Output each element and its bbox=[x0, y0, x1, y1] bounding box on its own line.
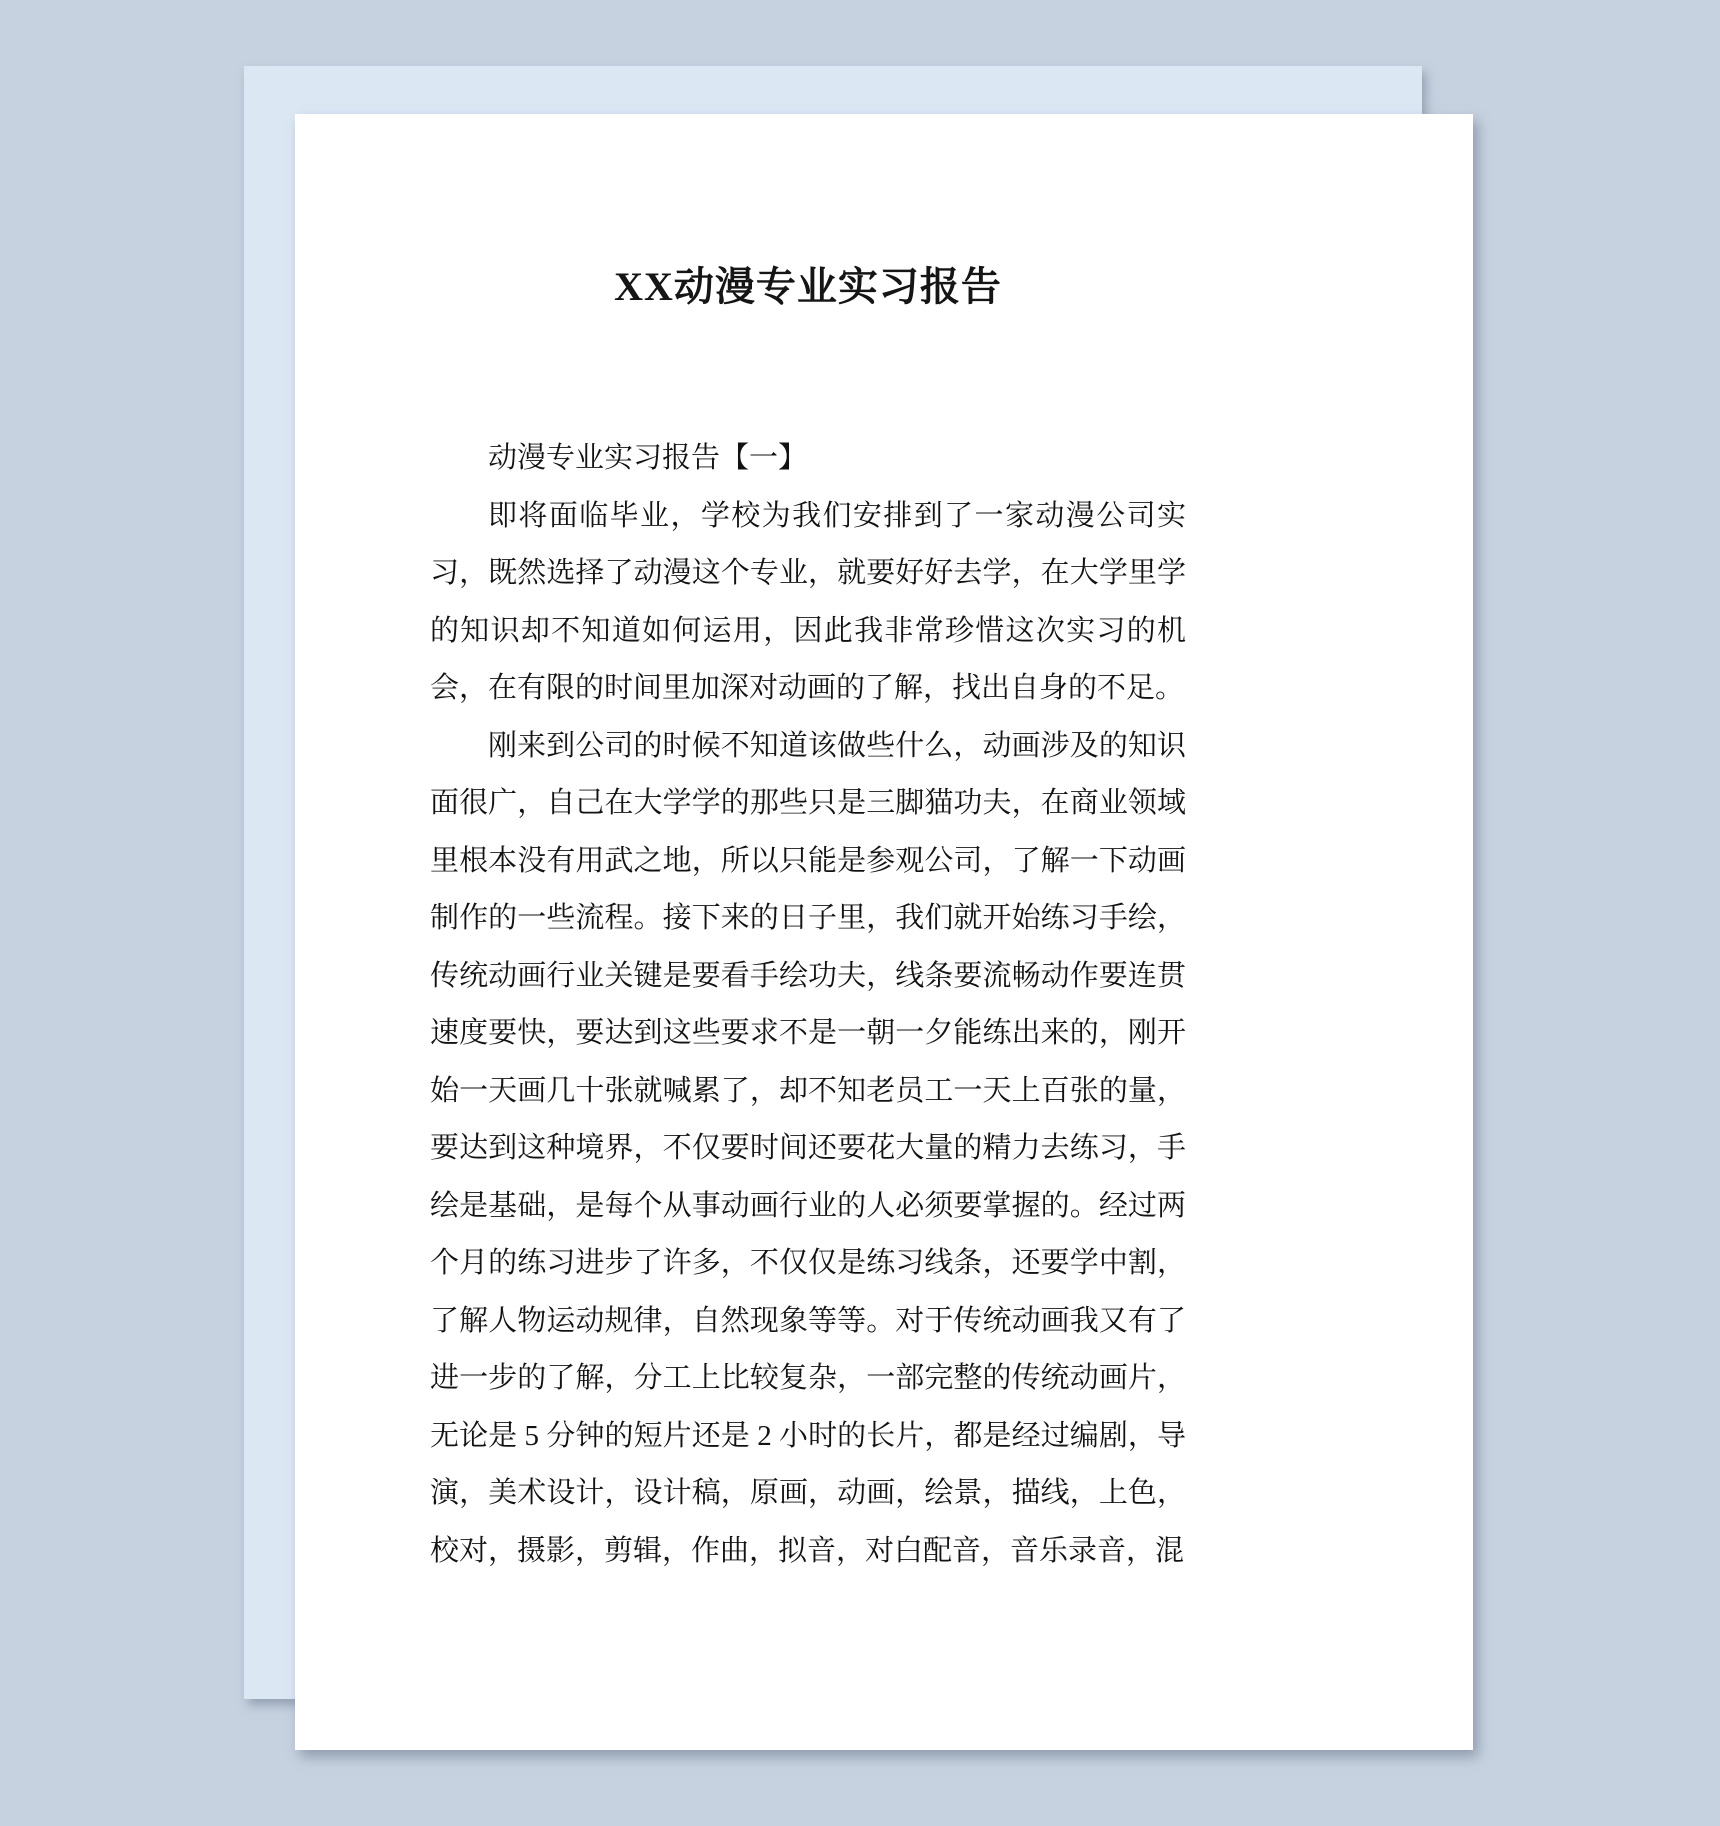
document-body: 动漫专业实习报告【一】 即将面临毕业，学校为我们安排到了一家动漫公司实习，既然选… bbox=[430, 430, 1186, 1580]
paragraph-section-heading: 动漫专业实习报告【一】 bbox=[430, 430, 1186, 488]
document-title: XX动漫专业实习报告 bbox=[430, 262, 1186, 312]
document-page: XX动漫专业实习报告 动漫专业实习报告【一】 即将面临毕业，学校为我们安排到了一… bbox=[295, 114, 1473, 1750]
paragraph: 即将面临毕业，学校为我们安排到了一家动漫公司实习，既然选择了动漫这个专业，就要好… bbox=[430, 488, 1186, 718]
document-content: XX动漫专业实习报告 动漫专业实习报告【一】 即将面临毕业，学校为我们安排到了一… bbox=[430, 262, 1186, 1580]
paragraph: 刚来到公司的时候不知道该做些什么，动画涉及的知识面很广，自己在大学学的那些只是三… bbox=[430, 718, 1186, 1581]
canvas-background: { "document": { "title": "XX动漫专业实习报告", "… bbox=[0, 0, 1720, 1826]
